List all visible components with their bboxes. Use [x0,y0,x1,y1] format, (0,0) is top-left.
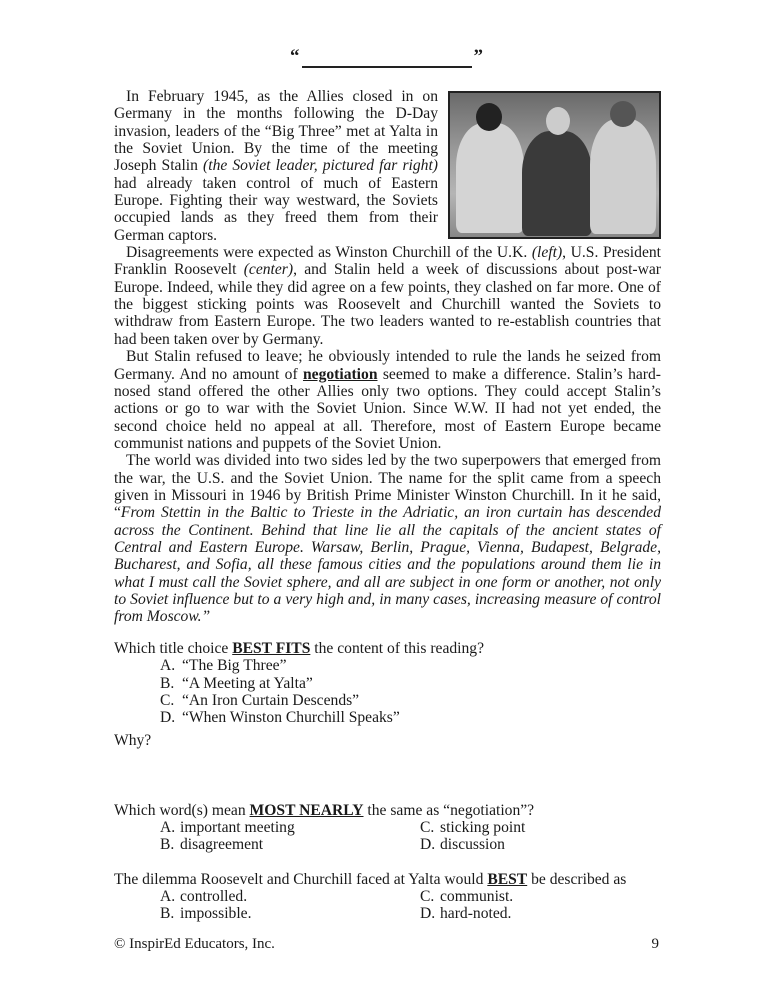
question-3-prompt: The dilemma Roosevelt and Churchill face… [114,871,674,888]
churchill-figure [456,123,524,233]
question-2-prompt: Which word(s) mean MOST NEARLY the same … [114,802,674,819]
yalta-photo [448,91,661,239]
title-blank: “” [0,46,773,68]
roosevelt-figure [522,131,592,236]
question-1-prompt: Which title choice BEST FITS the content… [114,640,674,657]
question-3: The dilemma Roosevelt and Churchill face… [114,871,674,923]
question-3-option-b[interactable]: B.impossible. [160,905,420,922]
question-2-option-b[interactable]: B.disagreement [160,836,420,853]
question-3-option-d[interactable]: D.hard-noted. [420,905,620,922]
question-1-option-c[interactable]: C.“An Iron Curtain Descends” [160,692,674,709]
question-2: Which word(s) mean MOST NEARLY the same … [114,802,674,871]
title-blank-line[interactable] [302,48,472,68]
question-1-why: Why? [114,732,674,749]
question-3-option-c[interactable]: C.communist. [420,888,620,905]
reading-passage: In February 1945, as the Allies closed i… [114,88,661,626]
title-open-quote: “ [290,46,300,67]
question-1-option-b[interactable]: B.“A Meeting at Yalta” [160,675,674,692]
churchill-quote: From Stettin in the Baltic to Trieste in… [114,504,661,625]
paragraph-4: The world was divided into two sides led… [114,452,661,625]
copyright: © InspirEd Educators, Inc. [114,936,275,953]
title-close-quote: ” [474,46,484,67]
paragraph-3: But Stalin refused to leave; he obviousl… [114,348,661,452]
stalin-head [610,101,636,127]
question-1: Which title choice BEST FITS the content… [114,640,674,802]
question-2-option-a[interactable]: A.important meeting [160,819,420,836]
vocab-word-negotiation: negotiation [303,366,378,383]
question-2-option-d[interactable]: D.discussion [420,836,620,853]
churchill-head [476,103,502,131]
question-1-option-d[interactable]: D.“When Winston Churchill Speaks” [160,709,674,726]
page-number: 9 [652,936,660,953]
question-2-option-c[interactable]: C.sticking point [420,819,620,836]
question-1-answer-space[interactable] [114,750,674,802]
page-footer: © InspirEd Educators, Inc. 9 [114,936,659,953]
question-3-option-a[interactable]: A.controlled. [160,888,420,905]
questions-section: Which title choice BEST FITS the content… [114,640,674,923]
paragraph-2: Disagreements were expected as Winston C… [114,244,661,348]
roosevelt-head [546,107,570,135]
stalin-figure [590,119,656,234]
question-1-option-a[interactable]: A.“The Big Three” [160,657,674,674]
